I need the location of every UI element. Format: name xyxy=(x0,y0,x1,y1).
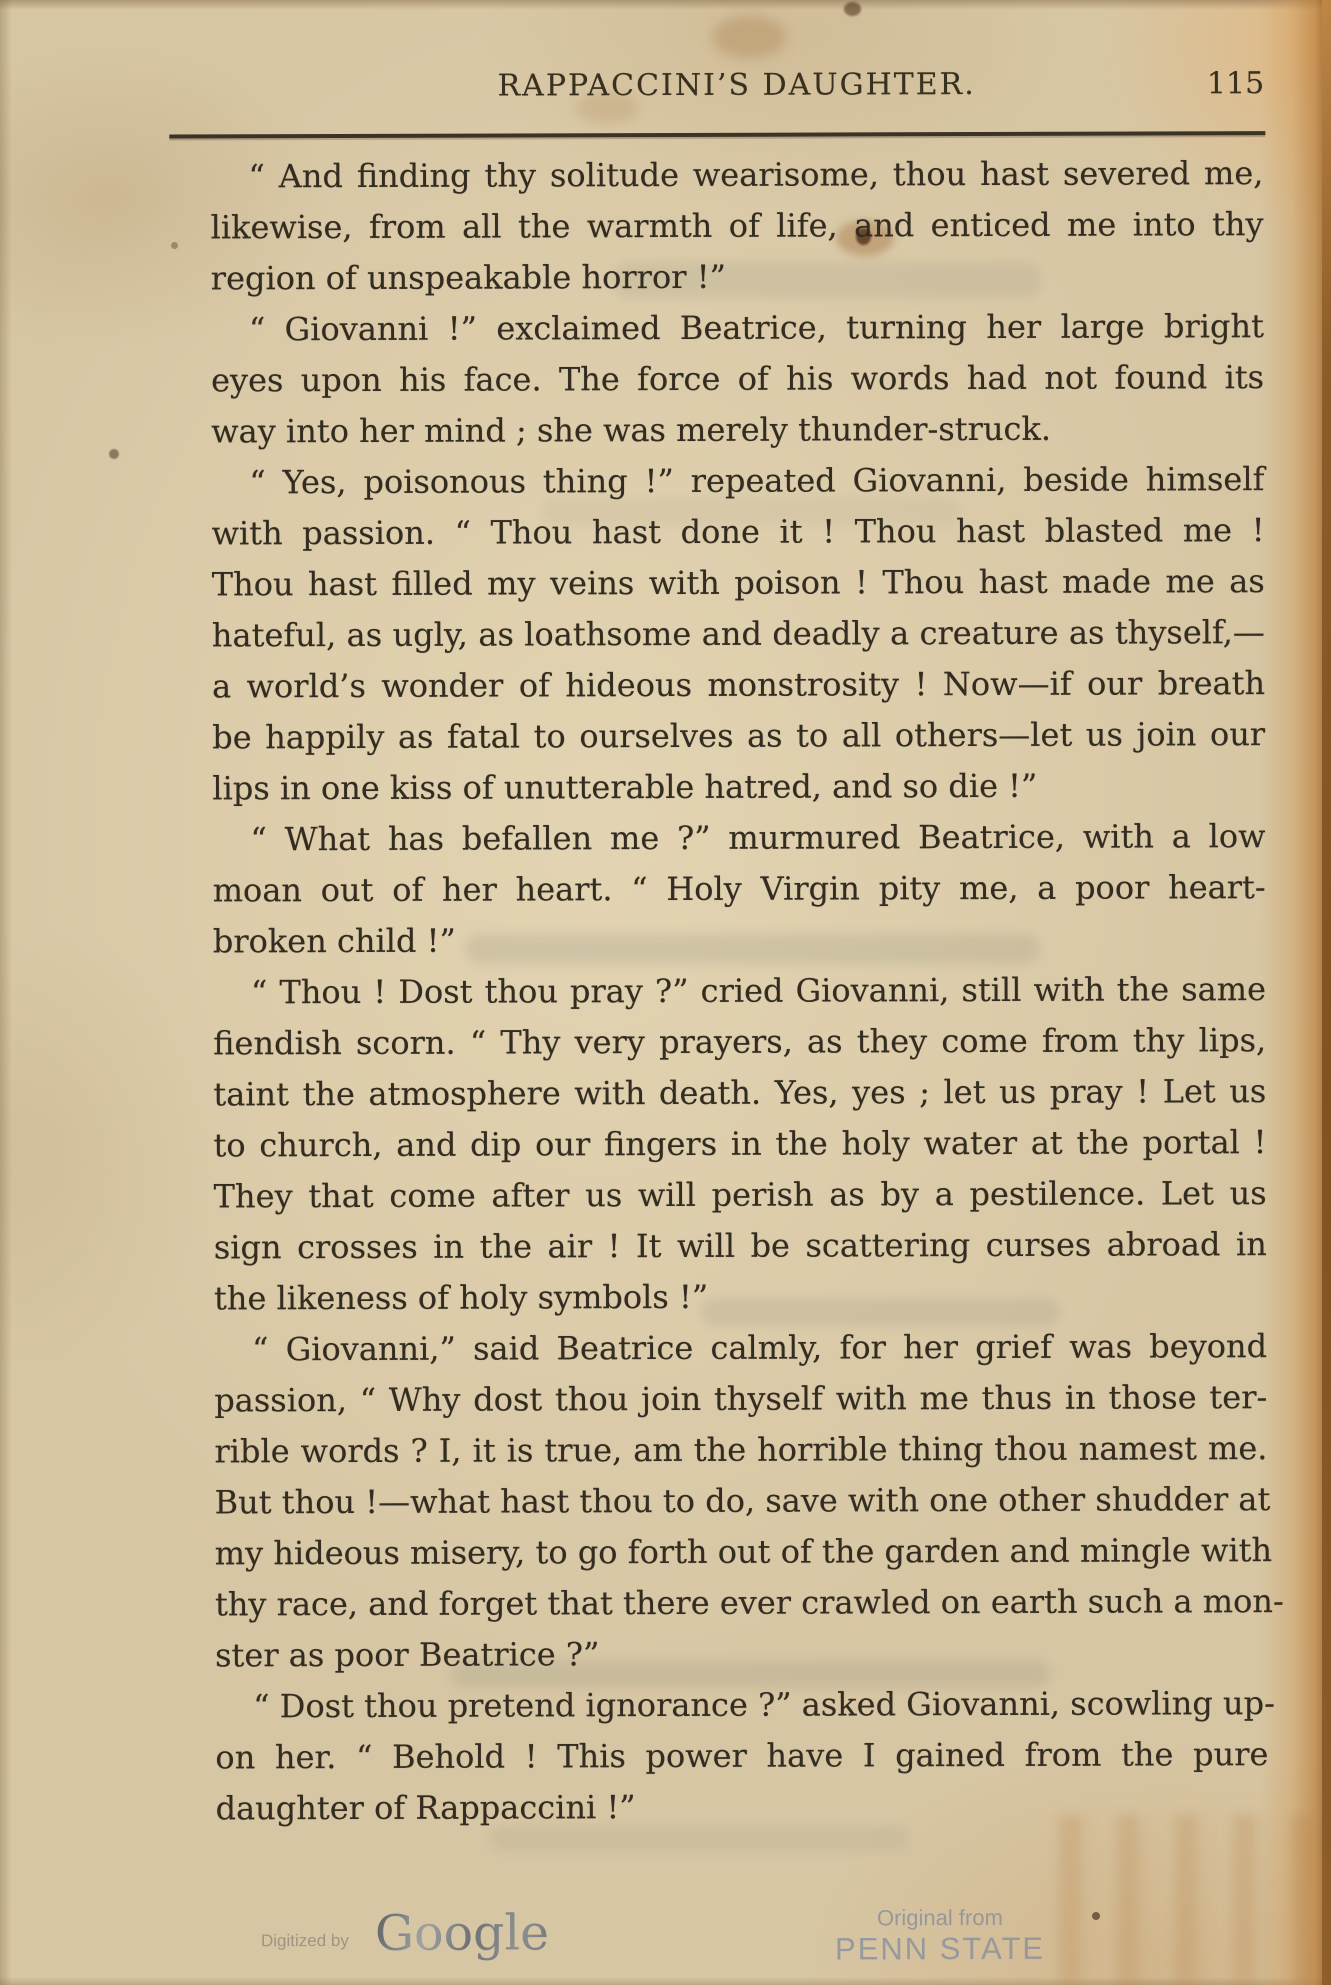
text-line: “ Giovanni,” said Beatrice calmly, for h… xyxy=(214,1321,1267,1375)
text-line: “ Thou ! Dost thou pray ?” cried Giovann… xyxy=(213,964,1266,1018)
text-line: fiendish scorn. “ Thy very prayers, as t… xyxy=(213,1015,1266,1069)
header-divider-rule xyxy=(169,131,1265,138)
text-line: region of unspeakable horror !” xyxy=(211,250,1264,304)
page-title: RAPPACCINI’S DAUGHTER. xyxy=(210,66,1263,104)
digitized-by-label: Digitized by xyxy=(261,1931,349,1951)
text-line: likewise, from all the warmth of life, a… xyxy=(211,199,1264,253)
text-line: broken child !” xyxy=(213,913,1266,967)
original-from-label: Original from xyxy=(877,1905,1003,1931)
text-line: be happily as fatal to ourselves as to a… xyxy=(212,709,1265,763)
text-line: on her. “ Behold ! This power have I gai… xyxy=(215,1729,1268,1783)
text-line: moan out of her heart. “ Holy Virgin pit… xyxy=(213,862,1266,916)
text-line: sign crosses in the air ! It will be sca… xyxy=(214,1219,1267,1273)
printed-content: RAPPACCINI’S DAUGHTER. 115 “ And finding… xyxy=(0,0,1331,1985)
text-line: way into her mind ; she was merely thund… xyxy=(211,403,1264,457)
text-line: “ And finding thy solitude wearisome, th… xyxy=(210,148,1263,202)
library-name: PENN STATE xyxy=(835,1931,1045,1968)
text-block: “ And finding thy solitude wearisome, th… xyxy=(210,148,1268,1834)
text-line: my hideous misery, to go forth out of th… xyxy=(215,1525,1268,1579)
text-line: to church, and dip our fingers in the ho… xyxy=(213,1117,1266,1171)
text-line: with passion. “ Thou hast done it ! Thou… xyxy=(211,505,1264,559)
text-line: the likeness of holy symbols !” xyxy=(214,1270,1267,1324)
text-line: taint the atmosphere with death. Yes, ye… xyxy=(213,1066,1266,1120)
text-line: “ Yes, poisonous thing !” repeated Giova… xyxy=(211,454,1264,508)
text-line: eyes upon his face. The force of his wor… xyxy=(211,352,1264,406)
text-line: lips in one kiss of unutterable hatred, … xyxy=(212,760,1265,814)
text-line: passion, “ Why dost thou join thyself wi… xyxy=(214,1372,1267,1426)
text-line: daughter of Rappaccini !” xyxy=(215,1780,1268,1834)
text-line: “ Dost thou pretend ignorance ?” asked G… xyxy=(215,1678,1268,1732)
scanned-book-page: RAPPACCINI’S DAUGHTER. 115 “ And finding… xyxy=(0,0,1331,1985)
text-line: “ Giovanni !” exclaimed Beatrice, turnin… xyxy=(211,301,1264,355)
text-line: “ What has befallen me ?” murmured Beatr… xyxy=(212,811,1265,865)
text-line: Thou hast filled my veins with poison ! … xyxy=(212,556,1265,610)
text-line: They that come after us will perish as b… xyxy=(214,1168,1267,1222)
google-logo: Google xyxy=(375,1904,549,1962)
text-line: a world’s wonder of hideous monstrosity … xyxy=(212,658,1265,712)
text-line: rible words ? I, it is true, am the horr… xyxy=(214,1423,1267,1477)
text-line: thy race, and forget that there ever cra… xyxy=(215,1576,1268,1630)
page-number: 115 xyxy=(1207,66,1264,101)
text-line: But thou !—what hast thou to do, save wi… xyxy=(215,1474,1268,1528)
text-line: ster as poor Beatrice ?” xyxy=(215,1627,1268,1681)
text-line: hateful, as ugly, as loathsome and deadl… xyxy=(212,607,1265,661)
